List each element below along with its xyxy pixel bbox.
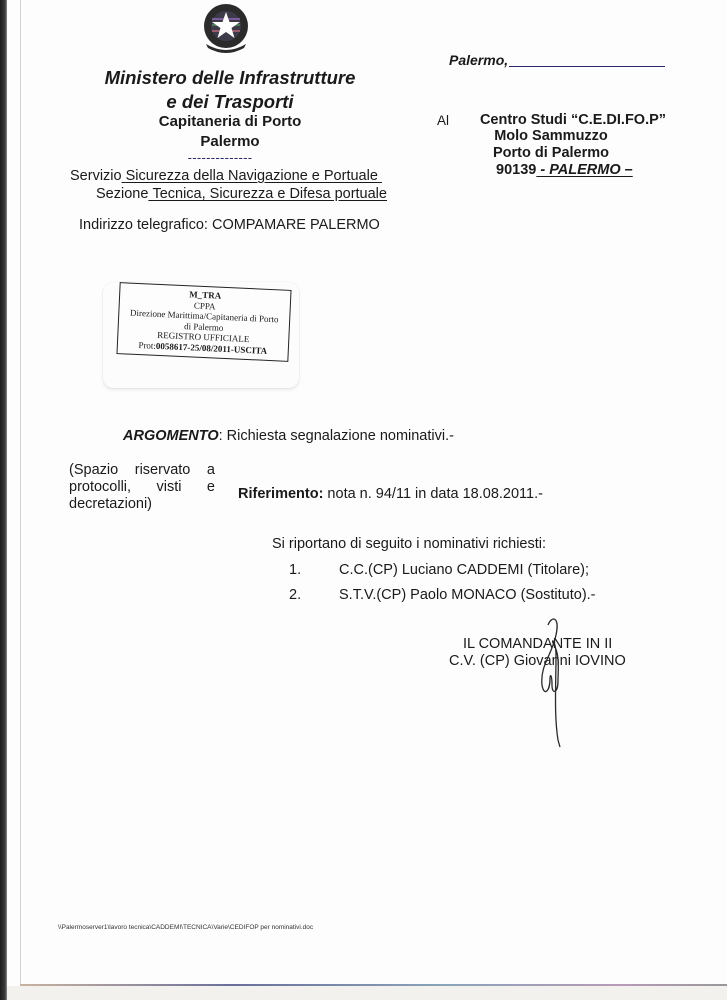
recipient-name: Centro Studi “C.E.DI.FO.P”	[468, 112, 678, 128]
recipient-address-line3: Porto di Palermo	[468, 145, 634, 161]
recipient-city: - PALERMO –	[536, 162, 632, 178]
sezione-label: Sezione	[96, 186, 148, 202]
date-field	[509, 66, 665, 67]
recipient-address-line2: Molo Sammuzzo	[468, 128, 634, 144]
reference-text: nota n. 94/11 in data 18.08.2011.-	[323, 486, 543, 502]
subject-label: ARGOMENTO	[123, 428, 219, 444]
date-label: Palermo,	[449, 52, 508, 68]
file-path: \\Palermoserver1\lavoro tecnica\CADDEMI\…	[58, 924, 313, 931]
subject-line: ARGOMENTO: Richiesta segnalazione nomina…	[123, 428, 454, 444]
scan-background	[7, 986, 727, 1000]
ministry-name-line2: e dei Trasporti	[99, 91, 361, 113]
page-border-left	[20, 0, 21, 985]
subject-text: : Richiesta segnalazione nominativi.-	[219, 428, 454, 444]
ministry-name: Ministero delle Infrastrutture	[99, 67, 361, 89]
reference-label: Riferimento:	[238, 486, 323, 502]
list-item-number: 2.	[289, 587, 301, 603]
recipient-prefix: Al	[437, 113, 449, 128]
republic-emblem-icon	[198, 0, 254, 56]
list-item: C.C.(CP) Luciano CADDEMI (Titolare);	[339, 562, 589, 578]
separator: --------------	[180, 150, 260, 165]
body-intro: Si riportano di seguito i nominativi ric…	[272, 536, 546, 552]
office-city: Palermo	[99, 133, 361, 150]
recipient-postcode: 90139	[496, 162, 536, 178]
list-item: S.T.V.(CP) Paolo MONACO (Sostituto).-	[339, 587, 596, 603]
scan-edge	[0, 0, 7, 1000]
sezione-value: Tecnica, Sicurezza e Difesa portuale	[148, 186, 387, 202]
servizio-line: Servizio Sicurezza della Navigazione e P…	[70, 168, 382, 184]
protocol-stamp: M_TRA CPPA Direzione Marittima/Capitaner…	[116, 282, 291, 362]
office-name: Capitaneria di Porto	[99, 113, 361, 130]
telegraphic-address: Indirizzo telegrafico: COMPAMARE PALERMO	[79, 217, 380, 233]
servizio-value: Sicurezza della Navigazione e Portuale	[122, 168, 382, 184]
servizio-label: Servizio	[70, 168, 122, 184]
sezione-line: Sezione Tecnica, Sicurezza e Difesa port…	[96, 186, 387, 202]
reference-line: Riferimento: nota n. 94/11 in data 18.08…	[238, 486, 543, 502]
recipient-postcode-city: 90139 - PALERMO –	[496, 162, 633, 178]
reserved-space-note: (Spazio riservato a protocolli, visti e …	[69, 462, 215, 513]
list-item-number: 1.	[289, 562, 301, 578]
handwritten-signature	[530, 615, 580, 750]
